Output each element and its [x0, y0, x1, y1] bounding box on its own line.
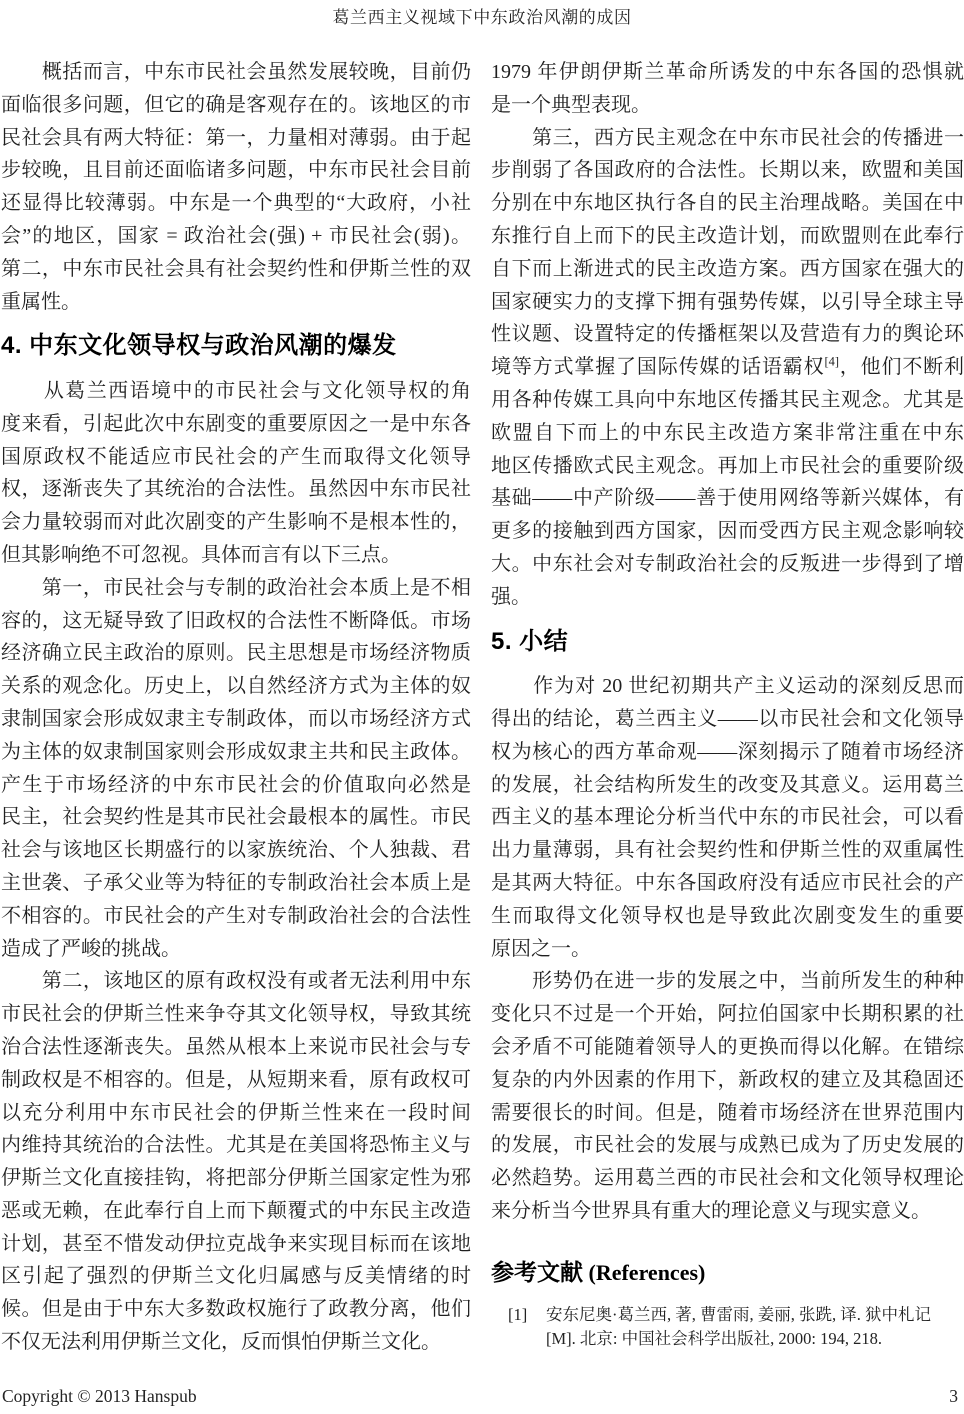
text-line: 原因之一。: [491, 933, 964, 966]
text-line: 产生于市场经济的中东市民社会的价值取向必然是: [1, 769, 471, 802]
text-line: 社会与该地区长期盛行的以家族统治、个人独裁、君: [1, 834, 471, 867]
text-line: 权为核心的西方革命观——深刻揭示了随着市场经济: [491, 736, 964, 769]
paragraph-point-two: 第二，该地区的原有政权没有或者无法利用中东市民社会的伊斯兰性来争夺其文化领导权，…: [1, 965, 471, 1359]
text-line: 复杂的内外因素的作用下，新政权的建立及其稳固还: [491, 1064, 964, 1097]
paragraph-point-three: 第三，西方民主观念在中东市民社会的传播进一步削弱了各国政府的合法性。长期以来，欧…: [491, 122, 964, 614]
text-line: 候。但是由于中东大多数政权施行了政教分离，他们: [1, 1293, 471, 1326]
text-line: 大。中东社会对专制政治社会的反叛进一步得到了增: [491, 548, 964, 581]
text-line: 但其影响绝不可忽视。具体而言有以下三点。: [1, 539, 471, 572]
paragraph-summary: 概括而言，中东市民社会虽然发展较晚，目前仍面临很多问题，但它的确是客观存在的。该…: [1, 56, 471, 318]
text-line: 重属性。: [1, 286, 471, 319]
right-column: 1979 年伊朗伊斯兰革命所诱发的中东各国的恐惧就是一个典型表现。 第三，西方民…: [491, 56, 964, 1352]
text-line: 治合法性逐渐丧失。虽然从根本上来说市民社会与专: [1, 1031, 471, 1064]
document-page: 葛兰西主义视域下中东政治风潮的成因 概括而言，中东市民社会虽然发展较晚，目前仍面…: [0, 0, 964, 1414]
text-line: 主世袭、子承父业等为特征的专制政治社会本质上是: [1, 867, 471, 900]
paragraph-conclusion-1: 作为对 20 世纪初期共产主义运动的深刻反思而得出的结论，葛兰西主义——以市民社…: [491, 670, 964, 965]
text-line: 是其两大特征。中东各国政府没有适应市民社会的产: [491, 867, 964, 900]
text-line: 区引起了强烈的伊斯兰文化归属感与反美情绪的时: [1, 1260, 471, 1293]
text-line: 是一个典型表现。: [491, 89, 964, 122]
text-line: 的发展，市民社会的发展与成熟已成为了历史发展的: [491, 1129, 964, 1162]
text-line: 步削弱了各国政府的合法性。长期以来，欧盟和美国: [491, 154, 964, 187]
text-line: 计划，甚至不惜发动伊拉克战争来实现目标而在该地: [1, 1228, 471, 1261]
text-line: 来分析当今世界具有重大的理论意义与现实意义。: [491, 1195, 964, 1228]
references-heading-en: (References): [583, 1260, 705, 1285]
text-line: 会矛盾不可能随着领导人的更换而得以化解。在错综: [491, 1031, 964, 1064]
text-line: 东推行自上而下的民主改造计划，而欧盟则在此奉行: [491, 220, 964, 253]
text-line: 第一，市民社会与专制的政治社会本质上是不相: [1, 572, 471, 605]
text-line: 关系的观念化。历史上，以自然经济方式为主体的奴: [1, 670, 471, 703]
text-line: 恶或无赖，在此奉行自上而下颠覆式的中东民主改造: [1, 1195, 471, 1228]
text-line: 隶制国家会形成奴隶主专制政体，而以市场经济方式: [1, 703, 471, 736]
text-line: 伊斯兰文化直接挂钩，将把部分伊斯兰国家定性为邪: [1, 1162, 471, 1195]
paragraph-point-one: 第一，市民社会与专制的政治社会本质上是不相容的，这无疑导致了旧政权的合法性不断降…: [1, 572, 471, 966]
paragraph-conclusion-2: 形势仍在进一步的发展之中，当前所发生的种种变化只不过是一个开始，阿拉伯国家中长期…: [491, 965, 964, 1227]
text-line: 不相容的。市民社会的产生对专制政治社会的合法性: [1, 900, 471, 933]
section-4-heading: 4. 中东文化领导权与政治风潮的爆发: [1, 331, 471, 361]
left-column: 概括而言，中东市民社会虽然发展较晚，目前仍面临很多问题，但它的确是客观存在的。该…: [1, 56, 471, 1359]
text-line: 造成了严峻的挑战。: [1, 933, 471, 966]
text-line: 第二，中东市民社会具有社会契约性和伊斯兰性的双: [1, 253, 471, 286]
text-line: 基础——中产阶级——善于使用网络等新兴媒体，有: [491, 482, 964, 515]
citation-superscript: [4]: [825, 355, 839, 369]
text-line: 度来看，引起此次中东剧变的重要原因之一是中东各: [1, 408, 471, 441]
text-line: 市民社会的伊斯兰性来争夺其文化领导权，导致其统: [1, 998, 471, 1031]
text-line: 需要很长的时间。但是，随着市场经济在世界范围内: [491, 1097, 964, 1130]
text-line: 1979 年伊朗伊斯兰革命所诱发的中东各国的恐惧就: [491, 56, 964, 89]
text-line: 分别在中东地区执行各自的民主治理战略。美国在中: [491, 187, 964, 220]
text-line: 必然趋势。运用葛兰西的市民社会和文化领导权理论: [491, 1162, 964, 1195]
text-line: [M]. 北京: 中国社会科学出版社, 2000: 194, 218.: [546, 1327, 964, 1352]
text-line: 地区传播欧式民主观念。再加上市民社会的重要阶级: [491, 450, 964, 483]
text-line: 不仅无法利用伊斯兰文化，反而惧怕伊斯兰文化。: [1, 1326, 471, 1359]
text-line: 自下而上渐进式的民主改造方案。西方国家在强大的: [491, 253, 964, 286]
text-line: 内维持其统治的合法性。尤其是在美国将恐怖主义与: [1, 1129, 471, 1162]
text-line: 为主体的奴隶制国家则会形成奴隶主共和民主政体。: [1, 736, 471, 769]
text-line: 境等方式掌握了国际传媒的话语霸权[4]，他们不断利: [491, 351, 964, 384]
section-5-heading: 5. 小结: [491, 627, 964, 657]
text-line: 国原政权不能适应市民社会的产生而取得文化领导: [1, 441, 471, 474]
footer-copyright: Copyright © 2013 Hanspub: [2, 1386, 197, 1407]
reference-text: 安东尼奥·葛兰西, 著, 曹雷雨, 姜丽, 张跣, 译. 狱中札记[M]. 北京…: [546, 1303, 964, 1352]
text-line: 第三，西方民主观念在中东市民社会的传播进一: [491, 122, 964, 155]
paragraph-section4-intro: 从葛兰西语境中的市民社会与文化领导权的角度来看，引起此次中东剧变的重要原因之一是…: [1, 375, 471, 572]
text-line: 用各种传媒工具向中东地区传播其民主观念。尤其是: [491, 384, 964, 417]
references-heading-zh: 参考文献: [491, 1259, 583, 1285]
reference-marker: [1]: [508, 1303, 527, 1328]
text-line: 概括而言，中东市民社会虽然发展较晚，目前仍: [1, 56, 471, 89]
text-line: 的发展，社会结构所发生的改变及其意义。运用葛兰: [491, 769, 964, 802]
text-line: 国家硬实力的支撑下拥有强势传媒，以引导全球主导: [491, 286, 964, 319]
text-line: 从葛兰西语境中的市民社会与文化领导权的角: [1, 375, 471, 408]
text-line: 会”的地区，国家 = 政治社会(强) + 市民社会(弱)。: [1, 220, 471, 253]
text-line: 强。: [491, 581, 964, 614]
text-line: 出力量薄弱，具有社会契约性和伊斯兰性的双重属性: [491, 834, 964, 867]
text-line: 还显得比较薄弱。中东是一个典型的“大政府，小社: [1, 187, 471, 220]
text-line: 性议题、设置特定的传播框架以及营造有力的舆论环: [491, 318, 964, 351]
text-line: 欧盟自下而上的中东民主改造方案非常注重在中东: [491, 417, 964, 450]
reference-item: [1] 安东尼奥·葛兰西, 著, 曹雷雨, 姜丽, 张跣, 译. 狱中札记[M]…: [491, 1303, 964, 1352]
text-line: 民主，社会契约性是其市民社会最根本的属性。市民: [1, 801, 471, 834]
running-header-title: 葛兰西主义视域下中东政治风潮的成因: [0, 3, 964, 28]
text-line: 西主义的基本理论分析当代中东的市民社会，可以看: [491, 801, 964, 834]
text-line: 容的，这无疑导致了旧政权的合法性不断降低。市场: [1, 605, 471, 638]
text-line: 以充分利用中东市民社会的伊斯兰性来在一段时间: [1, 1097, 471, 1130]
text-line: 经济确立民主政治的原则。民主思想是市场经济物质: [1, 637, 471, 670]
text-line: 第二，该地区的原有政权没有或者无法利用中东: [1, 965, 471, 998]
footer-page-number: 3: [949, 1386, 958, 1407]
text-line: 形势仍在进一步的发展之中，当前所发生的种种: [491, 965, 964, 998]
text-line: 权，逐渐丧失了其统治的合法性。虽然因中东市民社: [1, 473, 471, 506]
text-line: 会力量较弱而对此次剧变的产生影响不是根本性的，: [1, 506, 471, 539]
text-line: 安东尼奥·葛兰西, 著, 曹雷雨, 姜丽, 张跣, 译. 狱中札记: [546, 1303, 964, 1328]
references-heading: 参考文献 (References): [491, 1256, 964, 1289]
text-line: 得出的结论，葛兰西主义——以市民社会和文化领导: [491, 703, 964, 736]
text-line: 生而取得文化领导权也是导致此次剧变发生的重要: [491, 900, 964, 933]
text-line: 作为对 20 世纪初期共产主义运动的深刻反思而: [491, 670, 964, 703]
text-line: 民社会具有两大特征：第一，力量相对薄弱。由于起: [1, 122, 471, 155]
text-line: 步较晚，且目前还面临诸多问题，中东市民社会目前: [1, 154, 471, 187]
text-line: 面临很多问题，但它的确是客观存在的。该地区的市: [1, 89, 471, 122]
text-line: 制政权是不相容的。但是，从短期来看，原有政权可: [1, 1064, 471, 1097]
text-line: 变化只不过是一个开始，阿拉伯国家中长期积累的社: [491, 998, 964, 1031]
text-line: 更多的接触到西方国家，因而受西方民主观念影响较: [491, 515, 964, 548]
paragraph-point-two-continued: 1979 年伊朗伊斯兰革命所诱发的中东各国的恐惧就是一个典型表现。: [491, 56, 964, 122]
